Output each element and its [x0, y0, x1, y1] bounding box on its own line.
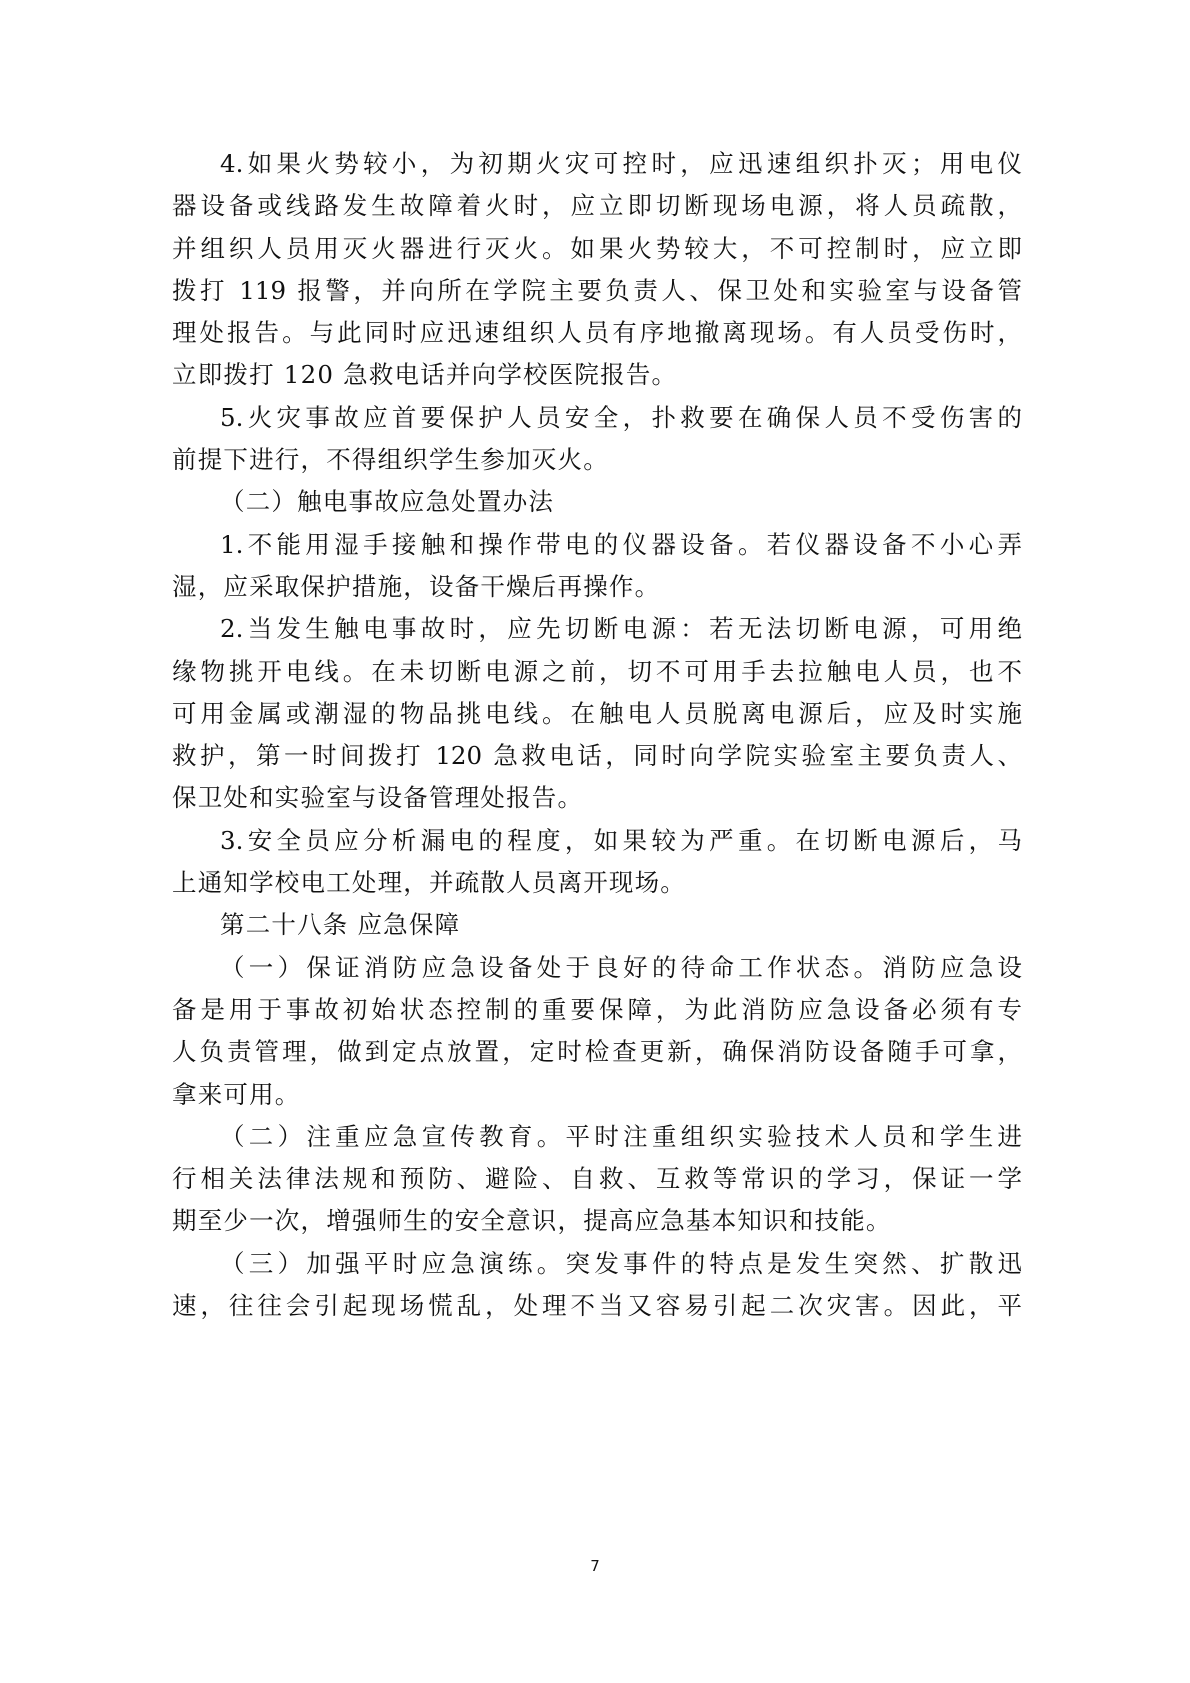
paragraph-line: 行相关法律法规和预防、避险、自救、互救等常识的学习，保证一学: [172, 1158, 1022, 1200]
paragraph-line: 保卫处和实验室与设备管理处报告。: [172, 777, 1022, 819]
paragraph-first-line: （三）加强平时应急演练。突发事件的特点是发生突然、扩散迅: [172, 1243, 1022, 1285]
paragraph-first-line: （二）触电事故应急处置办法: [172, 481, 1022, 523]
paragraph-line: 湿，应采取保护措施，设备干燥后再操作。: [172, 566, 1022, 608]
paragraph-line: 拿来可用。: [172, 1074, 1022, 1116]
paragraph-first-line: 2.当发生触电事故时，应先切断电源：若无法切断电源，可用绝: [172, 608, 1022, 650]
paragraph-line: 上通知学校电工处理，并疏散人员离开现场。: [172, 862, 1022, 904]
paragraph-line: 速，往往会引起现场慌乱，处理不当又容易引起二次灾害。因此，平: [172, 1285, 1022, 1327]
paragraph-line: 并组织人员用灭火器进行灭火。如果火势较大，不可控制时，应立即: [172, 228, 1022, 270]
paragraph-line: 缘物挑开电线。在未切断电源之前，切不可用手去拉触电人员，也不: [172, 651, 1022, 693]
paragraph-first-line: （一）保证消防应急设备处于良好的待命工作状态。消防应急设: [172, 947, 1022, 989]
paragraph-first-line: 4.如果火势较小，为初期火灾可控时，应迅速组织扑灭；用电仪: [172, 143, 1022, 185]
paragraph-line: 救护，第一时间拨打 120 急救电话，同时向学院实验室主要负责人、: [172, 735, 1022, 777]
paragraph-line: 期至少一次，增强师生的安全意识，提高应急基本知识和技能。: [172, 1200, 1022, 1242]
paragraph-first-line: 3.安全员应分析漏电的程度，如果较为严重。在切断电源后，马: [172, 820, 1022, 862]
paragraph-first-line: 5.火灾事故应首要保护人员安全，扑救要在确保人员不受伤害的: [172, 397, 1022, 439]
page-number: 7: [0, 1557, 1190, 1575]
paragraph-first-line: 1.不能用湿手接触和操作带电的仪器设备。若仪器设备不小心弄: [172, 524, 1022, 566]
paragraph-first-line: （二）注重应急宣传教育。平时注重组织实验技术人员和学生进: [172, 1116, 1022, 1158]
paragraph-line: 可用金属或潮湿的物品挑电线。在触电人员脱离电源后，应及时实施: [172, 693, 1022, 735]
paragraph-line: 备是用于事故初始状态控制的重要保障，为此消防应急设备必须有专: [172, 989, 1022, 1031]
paragraph-first-line: 第二十八条 应急保障: [172, 904, 1022, 946]
paragraph-line: 器设备或线路发生故障着火时，应立即切断现场电源，将人员疏散，: [172, 185, 1022, 227]
paragraph-line: 人负责管理，做到定点放置，定时检查更新，确保消防设备随手可拿，: [172, 1031, 1022, 1073]
document-body: 4.如果火势较小，为初期火灾可控时，应迅速组织扑灭；用电仪器设备或线路发生故障着…: [172, 143, 1022, 1327]
paragraph-line: 前提下进行，不得组织学生参加灭火。: [172, 439, 1022, 481]
paragraph-line: 拨打 119 报警，并向所在学院主要负责人、保卫处和实验室与设备管: [172, 270, 1022, 312]
paragraph-line: 理处报告。与此同时应迅速组织人员有序地撤离现场。有人员受伤时，: [172, 312, 1022, 354]
paragraph-line: 立即拨打 120 急救电话并向学校医院报告。: [172, 354, 1022, 396]
